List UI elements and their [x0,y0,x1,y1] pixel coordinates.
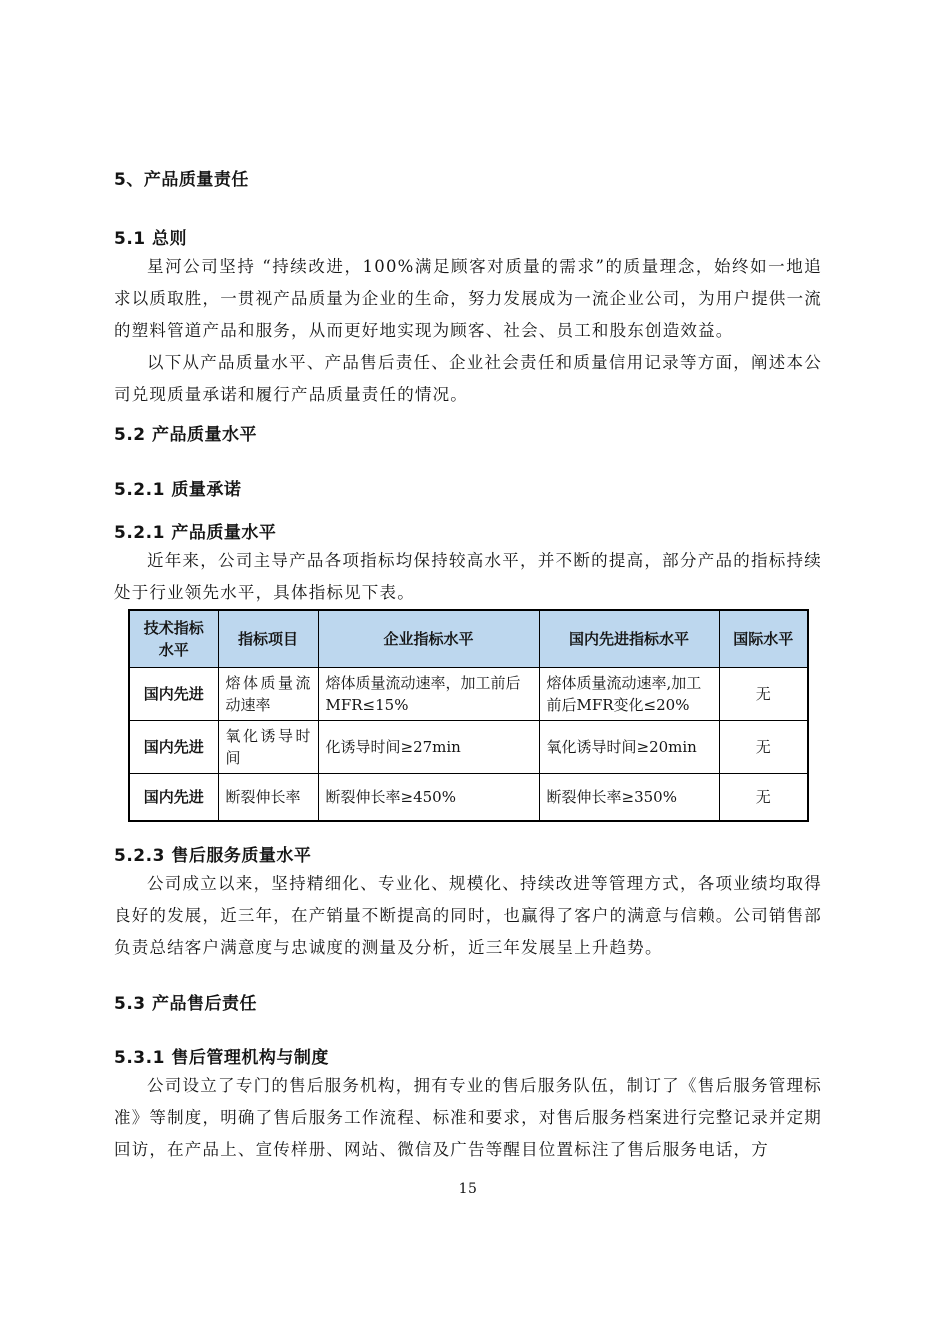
section-heading-5-2-1-quality-level: 5.2.1 产品质量水平 [114,521,822,545]
section-heading-5-2-1-commitment: 5.2.1 质量承诺 [114,478,822,502]
paragraph-quality-level: 近年来，公司主导产品各项指标均保持较高水平，并不断的提高，部分产品的指标持续处于… [114,545,822,609]
document-page: 5、产品质量责任 5.1 总则 星河公司坚持 “持续改进，100%满足顾客对质量… [0,0,937,1325]
table-cell: 化诱导时间≥27min [318,721,539,774]
paragraph-after-sales-org: 公司设立了专门的售后服务机构，拥有专业的售后服务队伍，制订了《售后服务管理标准》… [114,1070,822,1166]
table-header-international-level: 国际水平 [719,610,808,668]
table-cell: 无 [719,668,808,721]
section-heading-5-1: 5.1 总则 [114,227,822,251]
table-row: 国内先进 断裂伸长率 断裂伸长率≥450% 断裂伸长率≥350% 无 [129,774,808,822]
page-number: 15 [114,1181,822,1197]
table-cell: 断裂伸长率 [218,774,318,822]
paragraph-general-1: 星河公司坚持 “持续改进，100%满足顾客对质量的需求”的质量理念，始终如一地追… [114,251,822,347]
paragraph-general-2: 以下从产品质量水平、产品售后责任、企业社会责任和质量信用记录等方面，阐述本公司兑… [114,347,822,411]
table-header-indicator-item: 指标项目 [218,610,318,668]
paragraph-after-sales-quality: 公司成立以来，坚持精细化、专业化、规模化、持续改进等管理方式，各项业绩均取得良好… [114,868,822,964]
table-cell: 无 [719,774,808,822]
table-cell: 熔体质量流动速率，加工前后MFR≤15% [318,668,539,721]
section-heading-5-3-1: 5.3.1 售后管理机构与制度 [114,1046,822,1070]
main-heading: 5、产品质量责任 [114,168,822,192]
table-cell: 氧化诱导时间 [218,721,318,774]
table-cell: 国内先进 [129,668,218,721]
table-cell: 国内先进 [129,774,218,822]
table-cell: 熔体质量流动速率,加工前后MFR变化≤20% [539,668,719,721]
table-cell: 熔体质量流动速率 [218,668,318,721]
table-cell: 氧化诱导时间≥20min [539,721,719,774]
table-cell: 无 [719,721,808,774]
table-row: 国内先进 熔体质量流动速率 熔体质量流动速率，加工前后MFR≤15% 熔体质量流… [129,668,808,721]
table-header-domestic-advanced-level: 国内先进指标水平 [539,610,719,668]
section-heading-5-2-3: 5.2.3 售后服务质量水平 [114,844,822,868]
table-cell: 断裂伸长率≥350% [539,774,719,822]
table-header-tech-level: 技术指标水平 [129,610,218,668]
table-cell: 国内先进 [129,721,218,774]
table-header-row: 技术指标水平 指标项目 企业指标水平 国内先进指标水平 国际水平 [129,610,808,668]
table-header-enterprise-level: 企业指标水平 [318,610,539,668]
table-row: 国内先进 氧化诱导时间 化诱导时间≥27min 氧化诱导时间≥20min 无 [129,721,808,774]
section-heading-5-2: 5.2 产品质量水平 [114,423,822,447]
quality-indicator-table: 技术指标水平 指标项目 企业指标水平 国内先进指标水平 国际水平 国内先进 熔体… [128,609,809,822]
table-cell: 断裂伸长率≥450% [318,774,539,822]
section-heading-5-3: 5.3 产品售后责任 [114,992,822,1016]
